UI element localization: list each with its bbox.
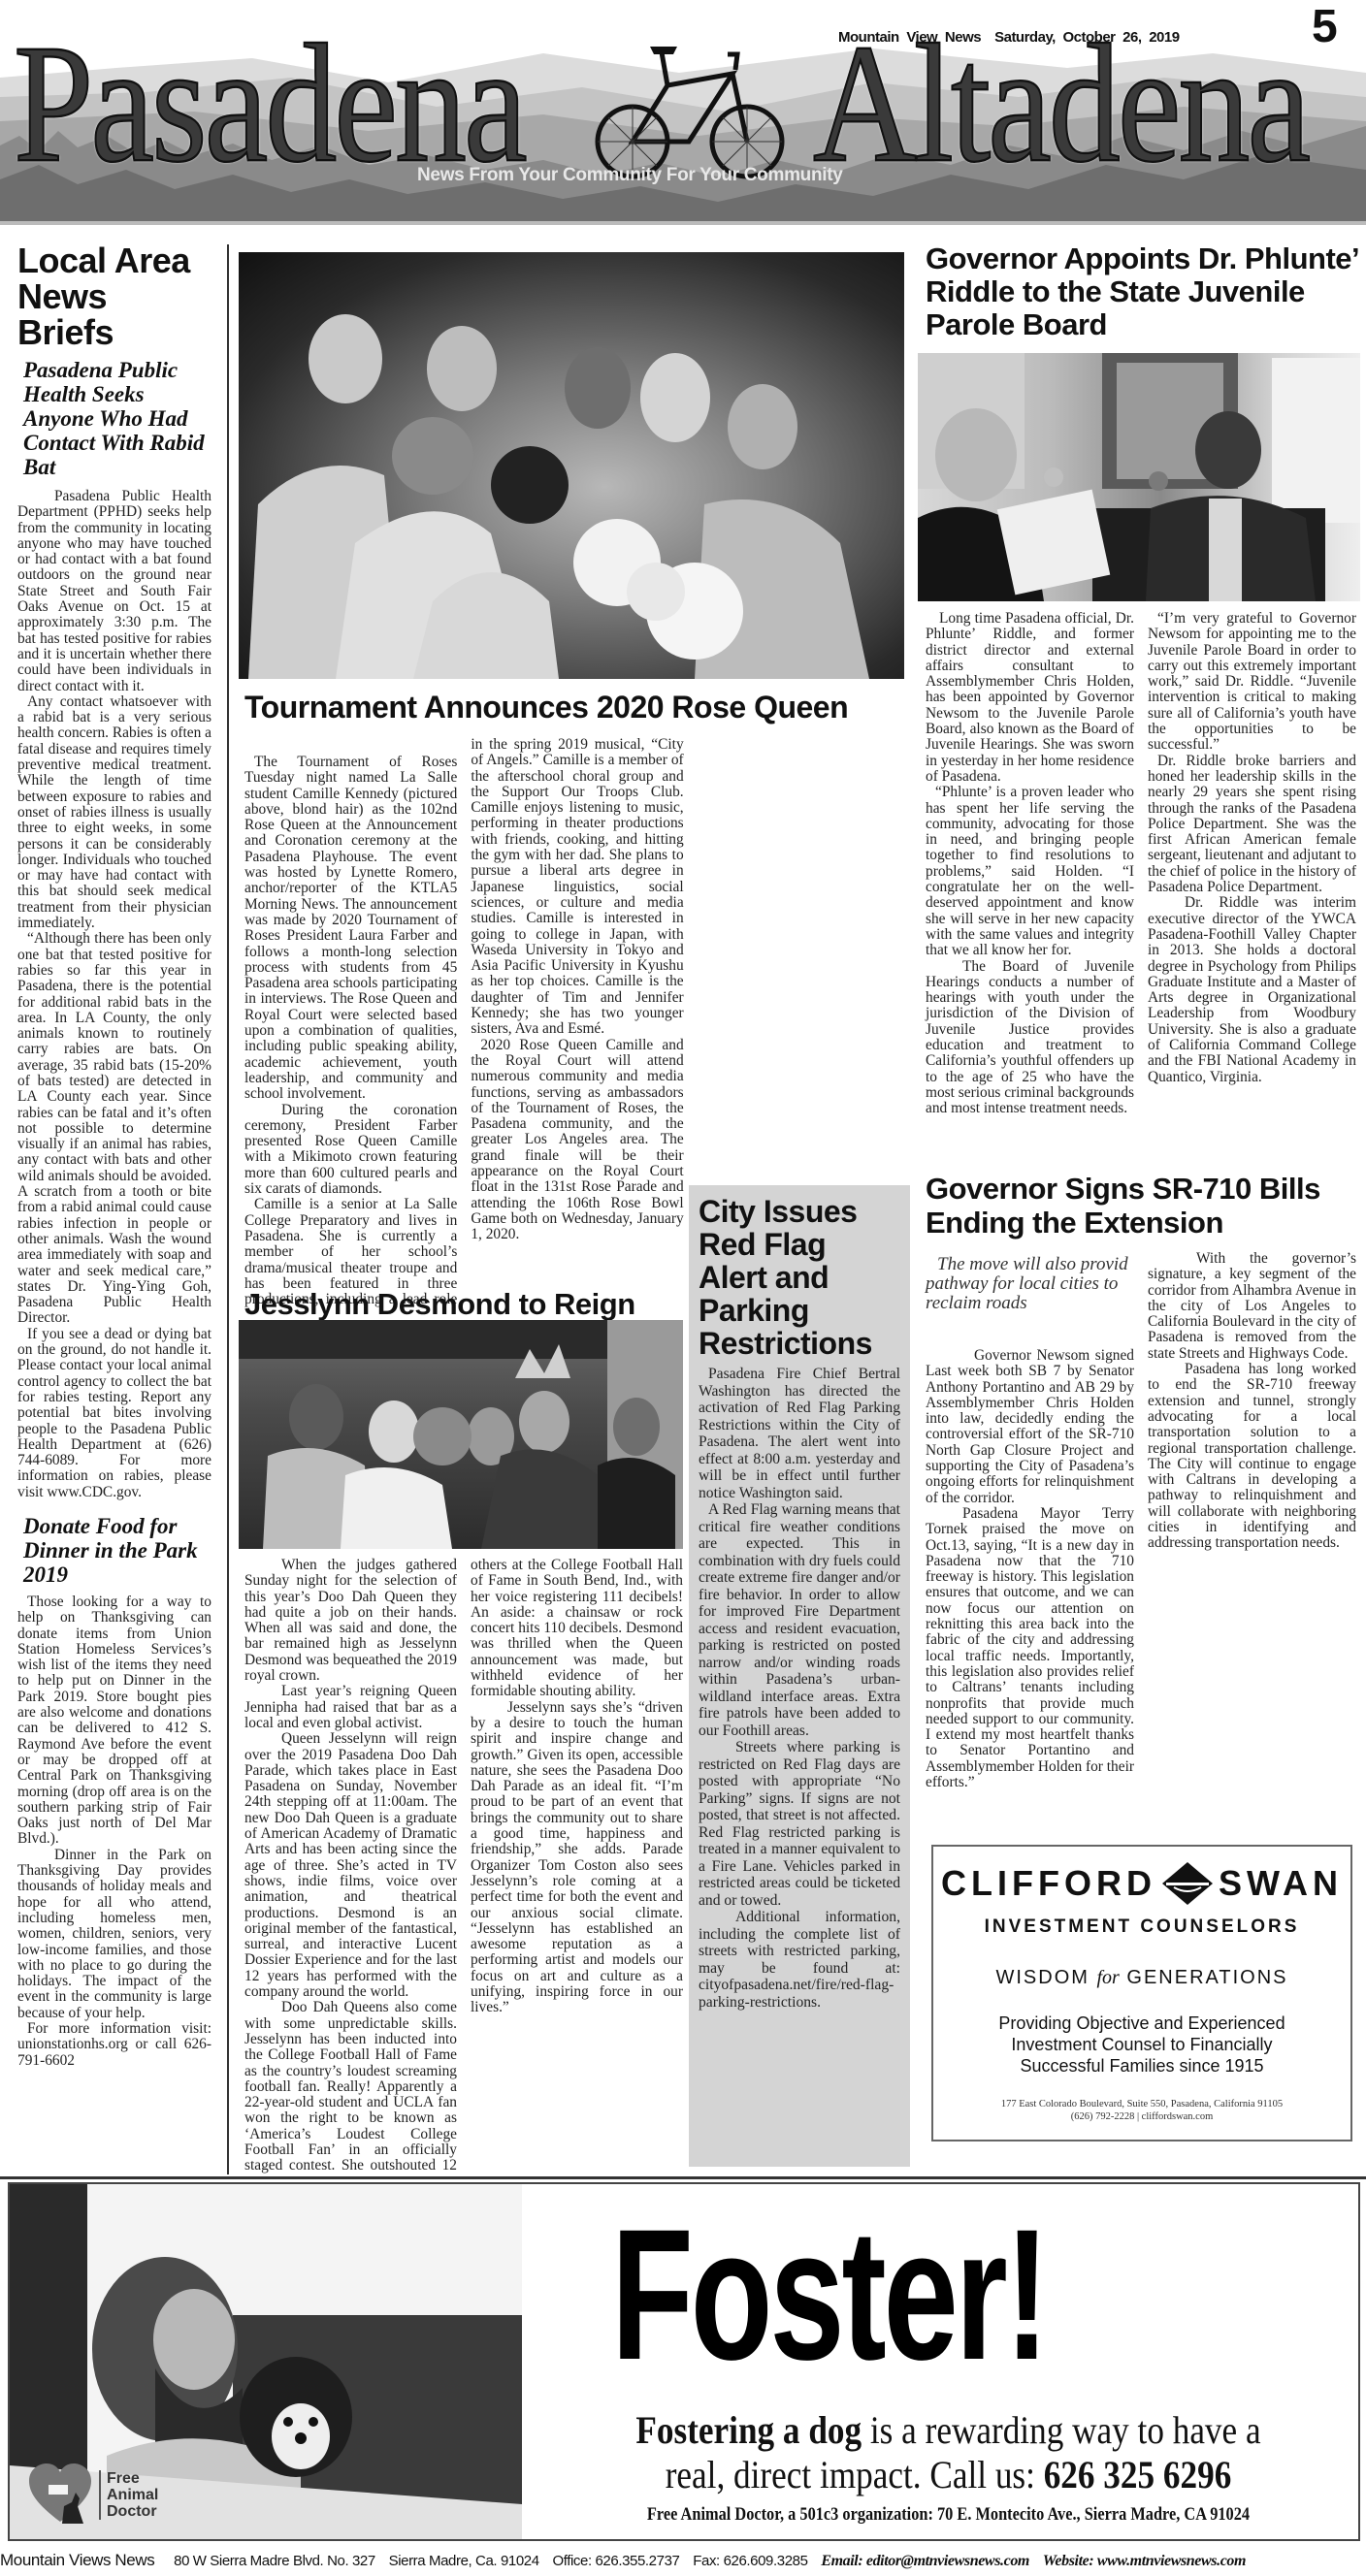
emphasis-text: Fostering a dog: [635, 2408, 862, 2452]
tagline-word: GENERATIONS: [1126, 1967, 1287, 1988]
body-text: real, direct impact. Call us:: [666, 2453, 1044, 2496]
issue-date: Saturday, October 26, 2019: [994, 29, 1179, 46]
royal-court-image: [239, 252, 904, 679]
paragraph: If you see a dead or dying bat on the gr…: [17, 1327, 211, 1500]
logo-line: Doctor: [107, 2503, 158, 2520]
section-divider: [0, 2176, 1366, 2179]
page-footer: Mountain Views News 80 W Sierra Madre Bl…: [0, 2551, 1366, 2574]
ad-address: 177 East Colorado Boulevard, Suite 550, …: [933, 2098, 1350, 2123]
doo-dah-photo: [239, 1320, 683, 1549]
paragraph: Dr. Riddle was interim executive directo…: [1148, 895, 1356, 1085]
page-number: 5: [1312, 0, 1338, 53]
paragraph: Pasadena Fire Chief Bertral Washington h…: [699, 1366, 900, 1501]
doo-dah-body: When the judges gathered Sunday night fo…: [244, 1558, 683, 2174]
paragraph: Additional information, including the co…: [699, 1909, 900, 2011]
address-line: 177 East Colorado Boulevard, Suite 550, …: [933, 2098, 1350, 2110]
section-title: Local Area News Briefs: [17, 242, 211, 350]
rose-queen-headline: Tournament Announces 2020 Rose Queen: [244, 691, 914, 724]
riddle-body: Long time Pasadena official, Dr. Phlunte…: [926, 611, 1356, 1131]
paragraph: Streets where parking is restricted on R…: [699, 1739, 900, 1909]
logo-line: Animal: [107, 2487, 158, 2503]
paragraph: Last year’s reigning Queen Jennipha had …: [244, 1684, 457, 1731]
logo-line: Free: [107, 2470, 158, 2487]
paragraph: Pasadena Public Health Department (PPHD)…: [17, 489, 211, 694]
paragraph: “Although there has been only one bat th…: [17, 931, 211, 1326]
paragraph: Jesselynn says she’s “driven by a desire…: [471, 1700, 683, 2016]
doo-dah-queens-image: [239, 1320, 683, 1549]
riddle-headline: Governor Appoints Dr. Phlunte’ Riddle to…: [926, 242, 1362, 341]
red-flag-box: City Issues Red Flag Alert and Parking R…: [689, 1185, 910, 2167]
paragraph: The Tournament of Roses Tuesday night na…: [244, 755, 457, 1103]
paragraph: Dinner in the Park on Thanksgiving Day p…: [17, 1848, 211, 2021]
body-text: is a rewarding way to have a: [862, 2408, 1260, 2452]
paragraph: For more information visit: unionstation…: [17, 2021, 211, 2069]
paragraph: The Board of Juvenile Hearings conducts …: [926, 959, 1134, 1117]
foster-ad-photo: Free Animal Doctor: [10, 2184, 522, 2539]
tagline-word: WISDOM: [996, 1967, 1090, 1988]
paragraph: Dr. Riddle broke barriers and honed her …: [1148, 754, 1356, 896]
phone-number[interactable]: 626 325 6296: [1044, 2453, 1232, 2496]
foster-ad-line: real, direct impact. Call us: 626 325 62…: [588, 2454, 1310, 2496]
riddle-photo: [918, 353, 1360, 601]
news-briefs-column: Local Area News Briefs Pasadena Public H…: [17, 242, 211, 2069]
free-animal-doctor-logo: Free Animal Doctor: [29, 2463, 158, 2526]
rose-queen-photo: [239, 252, 904, 679]
heart-dog-icon: [29, 2463, 91, 2526]
foster-ad-line: Fostering a dog is a rewarding way to ha…: [588, 2409, 1310, 2452]
foster-ad-org-address: Free Animal Doctor, a 501c3 organization…: [596, 2504, 1301, 2526]
tagline-word: for: [1097, 1967, 1120, 1988]
brief-headline: Pasadena Public Health Seeks Anyone Who …: [17, 358, 211, 479]
paragraph: Any contact whatsoever with a rabid bat …: [17, 694, 211, 931]
foster-dog-ad[interactable]: Free Animal Doctor Foster! Fostering a d…: [8, 2182, 1360, 2541]
brief-headline: Donate Food for Dinner in the Park 2019: [17, 1514, 211, 1587]
brief-body: Pasadena Public Health Department (PPHD)…: [17, 489, 211, 1500]
swearing-in-image: [918, 353, 1360, 601]
paragraph: Those looking for a way to help on Thank…: [17, 1594, 211, 1848]
paragraph: Pasadena Mayor Terry Tornek praised the …: [926, 1506, 1134, 1790]
logo-text-left: CLIFFORD: [941, 1863, 1156, 1904]
clifford-swan-logo: CLIFFORD SWAN: [933, 1862, 1350, 1905]
paragraph: With the governor’s signature, a key seg…: [1148, 1251, 1356, 1362]
clifford-swan-ad[interactable]: CLIFFORD SWAN INVESTMENT COUNSELORS WISD…: [931, 1845, 1352, 2141]
red-flag-headline: City Issues Red Flag Alert and Parking R…: [699, 1195, 900, 1360]
footer-fax: Fax: 626.609.3285: [693, 2553, 807, 2569]
column-divider: [227, 244, 229, 2174]
masthead-tagline: News From Your Community For Your Commun…: [417, 165, 843, 186]
brief-body: Those looking for a way to help on Thank…: [17, 1594, 211, 2069]
paragraph: When the judges gathered Sunday night fo…: [244, 1558, 457, 1684]
footer-city: Sierra Madre, Ca. 91024: [389, 2553, 539, 2569]
footer-website[interactable]: Website: www.mtnviewsnews.com: [1043, 2553, 1246, 2569]
paragraph: During the coronation ceremony, Presiden…: [244, 1103, 457, 1198]
paragraph: 2020 Rose Queen Camille and the Royal Co…: [471, 1038, 683, 1243]
paragraph: “I’m very grateful to Governor Newsom fo…: [1148, 611, 1356, 754]
publication-name: Mountain View News: [838, 29, 981, 46]
paragraph: Governor Newsom signed Last week both SB…: [926, 1348, 1134, 1506]
paragraph: Long time Pasadena official, Dr. Phlunte…: [926, 611, 1134, 785]
red-flag-body: Pasadena Fire Chief Bertral Washington h…: [699, 1366, 900, 2011]
footer-publication: Mountain Views News: [0, 2551, 154, 2569]
paragraph: Queen Jesselynn will reign over the 2019…: [244, 1731, 457, 2000]
contact-line[interactable]: (626) 792-2228 | cliffordswan.com: [933, 2110, 1350, 2123]
footer-office-phone: Office: 626.355.2737: [552, 2553, 679, 2569]
masthead: Pasadena Altadena Mountain View NewsSatu…: [0, 0, 1366, 225]
paragraph: “Phlunte’ is a proven leader who has spe…: [926, 785, 1134, 958]
paragraph: Pasadena has long worked to end the SR-7…: [1148, 1362, 1356, 1552]
ad-subtitle: INVESTMENT COUNSELORS: [933, 1916, 1350, 1938]
footer-email[interactable]: Email: editor@mtnviewsnews.com: [821, 2553, 1029, 2569]
sr710-deck: The move will also provid pathway for lo…: [926, 1255, 1134, 1313]
masthead-title-left: Pasadena: [14, 19, 525, 189]
sr710-headline: Governor Signs SR-710 Bills Ending the E…: [926, 1172, 1362, 1240]
sr710-body: The move will also provid pathway for lo…: [926, 1251, 1356, 1814]
issue-info: Mountain View NewsSaturday, October 26, …: [838, 29, 1180, 46]
ad-tagline: WISDOM for GENERATIONS: [933, 1967, 1350, 1989]
ad-description: Providing Objective and Experienced Inve…: [933, 2012, 1350, 2077]
foster-ad-title: Foster!: [611, 2202, 1047, 2388]
logo-text-right: SWAN: [1219, 1863, 1343, 1904]
footer-address: 80 W Sierra Madre Blvd. No. 327: [174, 2553, 375, 2569]
paragraph: A Red Flag warning means that critical f…: [699, 1501, 900, 1739]
diamond-emblem-icon: [1162, 1862, 1213, 1905]
